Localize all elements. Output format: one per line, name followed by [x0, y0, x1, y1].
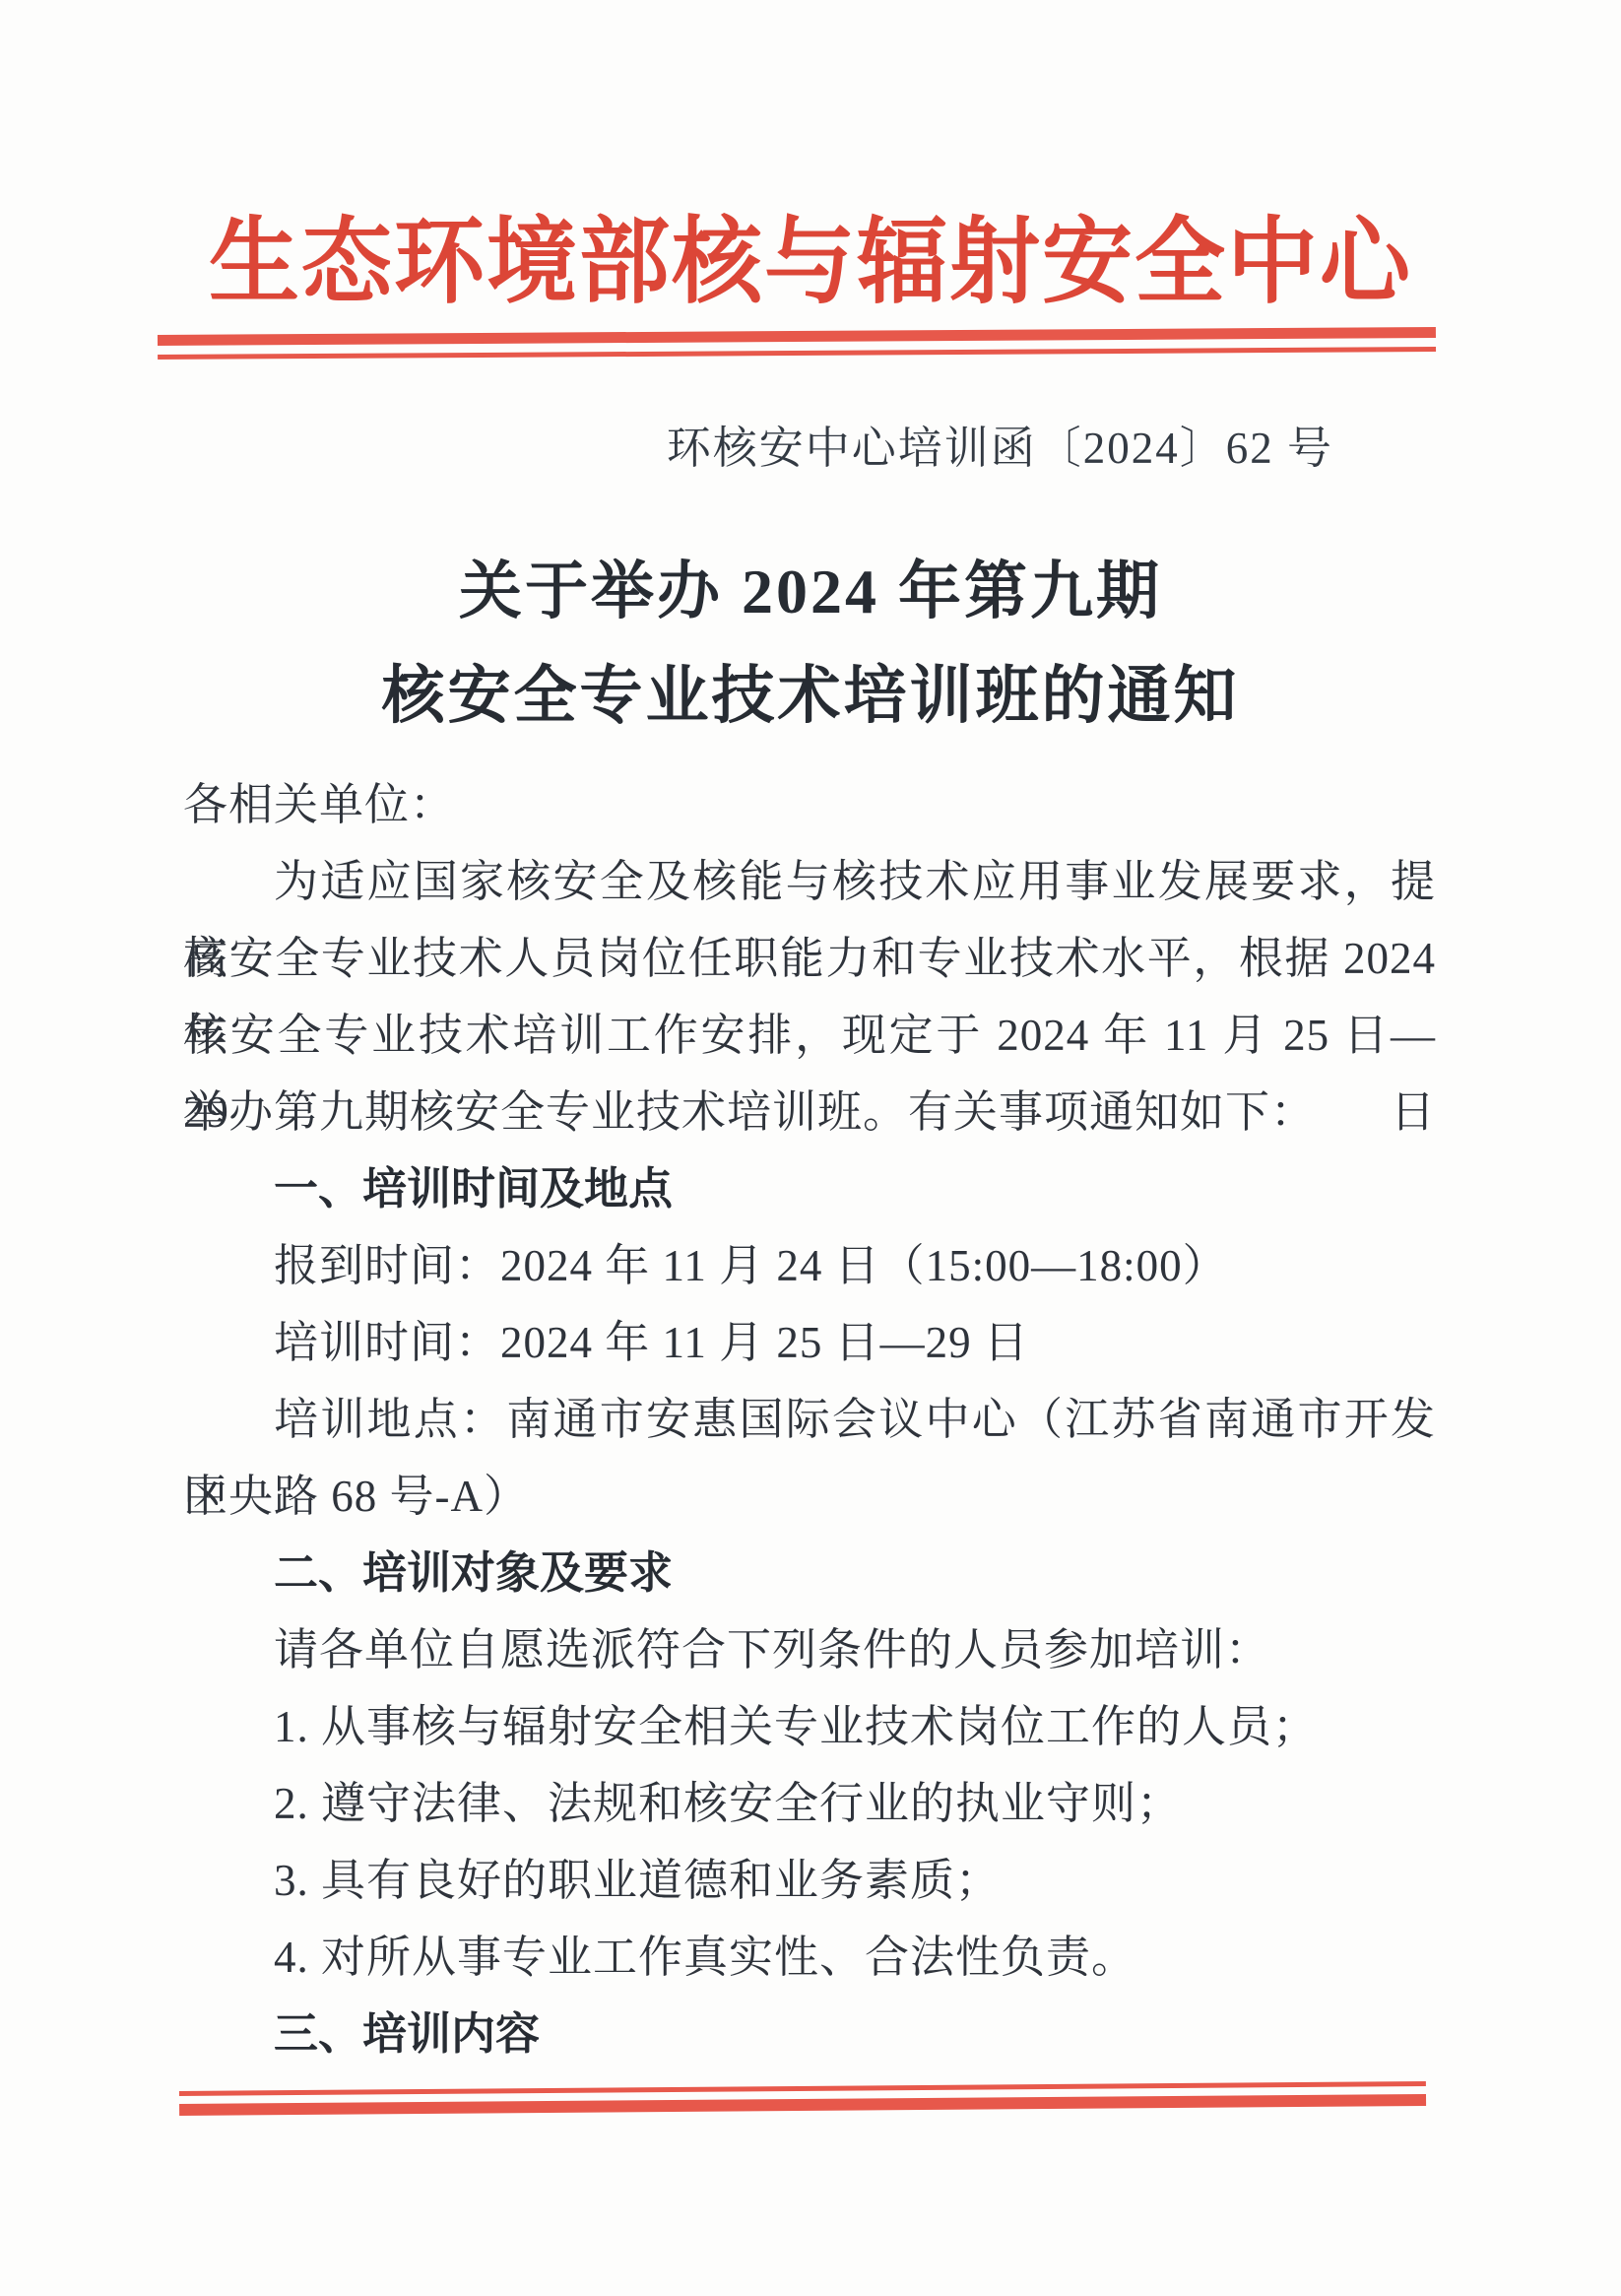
- requirement-item-2: 2. 遵守法律、法规和核安全行业的执业守则；: [183, 1765, 1436, 1842]
- scanned-notice-page: 生态环境部核与辐射安全中心 环核安中心培训函〔2024〕62 号 关于举办 20…: [0, 0, 1621, 2296]
- training-venue-line-1: 培训地点：南通市安惠国际会议中心（江苏省南通市开发区: [183, 1381, 1436, 1458]
- red-separator-top: [158, 327, 1436, 360]
- intro-paragraph-line-2: 核安全专业技术人员岗位任职能力和专业技术水平，根据 2024 年: [183, 920, 1436, 997]
- requirement-item-3: 3. 具有良好的职业道德和业务素质；: [183, 1842, 1436, 1919]
- training-time-line: 培训时间：2024 年 11 月 25 日—29 日: [183, 1304, 1436, 1381]
- intro-paragraph-line-3: 核安全专业技术培训工作安排，现定于 2024 年 11 月 25 日—29 日: [183, 997, 1436, 1074]
- notice-title: 关于举办 2024 年第九期 核安全专业技术培训班的通知: [0, 540, 1621, 749]
- requirement-item-4: 4. 对所从事专业工作真实性、合法性负责。: [183, 1919, 1436, 1996]
- training-venue-line-2: 中央路 68 号-A）: [183, 1458, 1436, 1535]
- section-1-heading: 一、培训时间及地点: [183, 1150, 1436, 1227]
- requirements-intro-line: 请各单位自愿选派符合下列条件的人员参加培训：: [183, 1611, 1436, 1688]
- notice-title-line2: 核安全专业技术培训班的通知: [0, 644, 1621, 749]
- intro-paragraph-line-1: 为适应国家核安全及核能与核技术应用事业发展要求，提高: [183, 843, 1436, 920]
- requirement-item-1: 1. 从事核与辐射安全相关专业技术岗位工作的人员；: [183, 1688, 1436, 1765]
- notice-title-line1: 关于举办 2024 年第九期: [0, 540, 1621, 644]
- document-number: 环核安中心培训函〔2024〕62 号: [667, 412, 1333, 476]
- letterhead-title: 生态环境部核与辐射安全中心: [0, 186, 1621, 321]
- red-separator-bottom: [179, 2081, 1426, 2116]
- salutation: 各相关单位：: [183, 766, 1436, 843]
- section-2-heading: 二、培训对象及要求: [183, 1535, 1436, 1611]
- registration-time-line: 报到时间：2024 年 11 月 24 日（15:00—18:00）: [183, 1227, 1436, 1304]
- notice-body: 各相关单位： 为适应国家核安全及核能与核技术应用事业发展要求，提高 核安全专业技…: [183, 766, 1436, 2072]
- intro-paragraph-line-4: 举办第九期核安全专业技术培训班。有关事项通知如下：: [183, 1074, 1436, 1150]
- section-3-heading: 三、培训内容: [183, 1996, 1436, 2072]
